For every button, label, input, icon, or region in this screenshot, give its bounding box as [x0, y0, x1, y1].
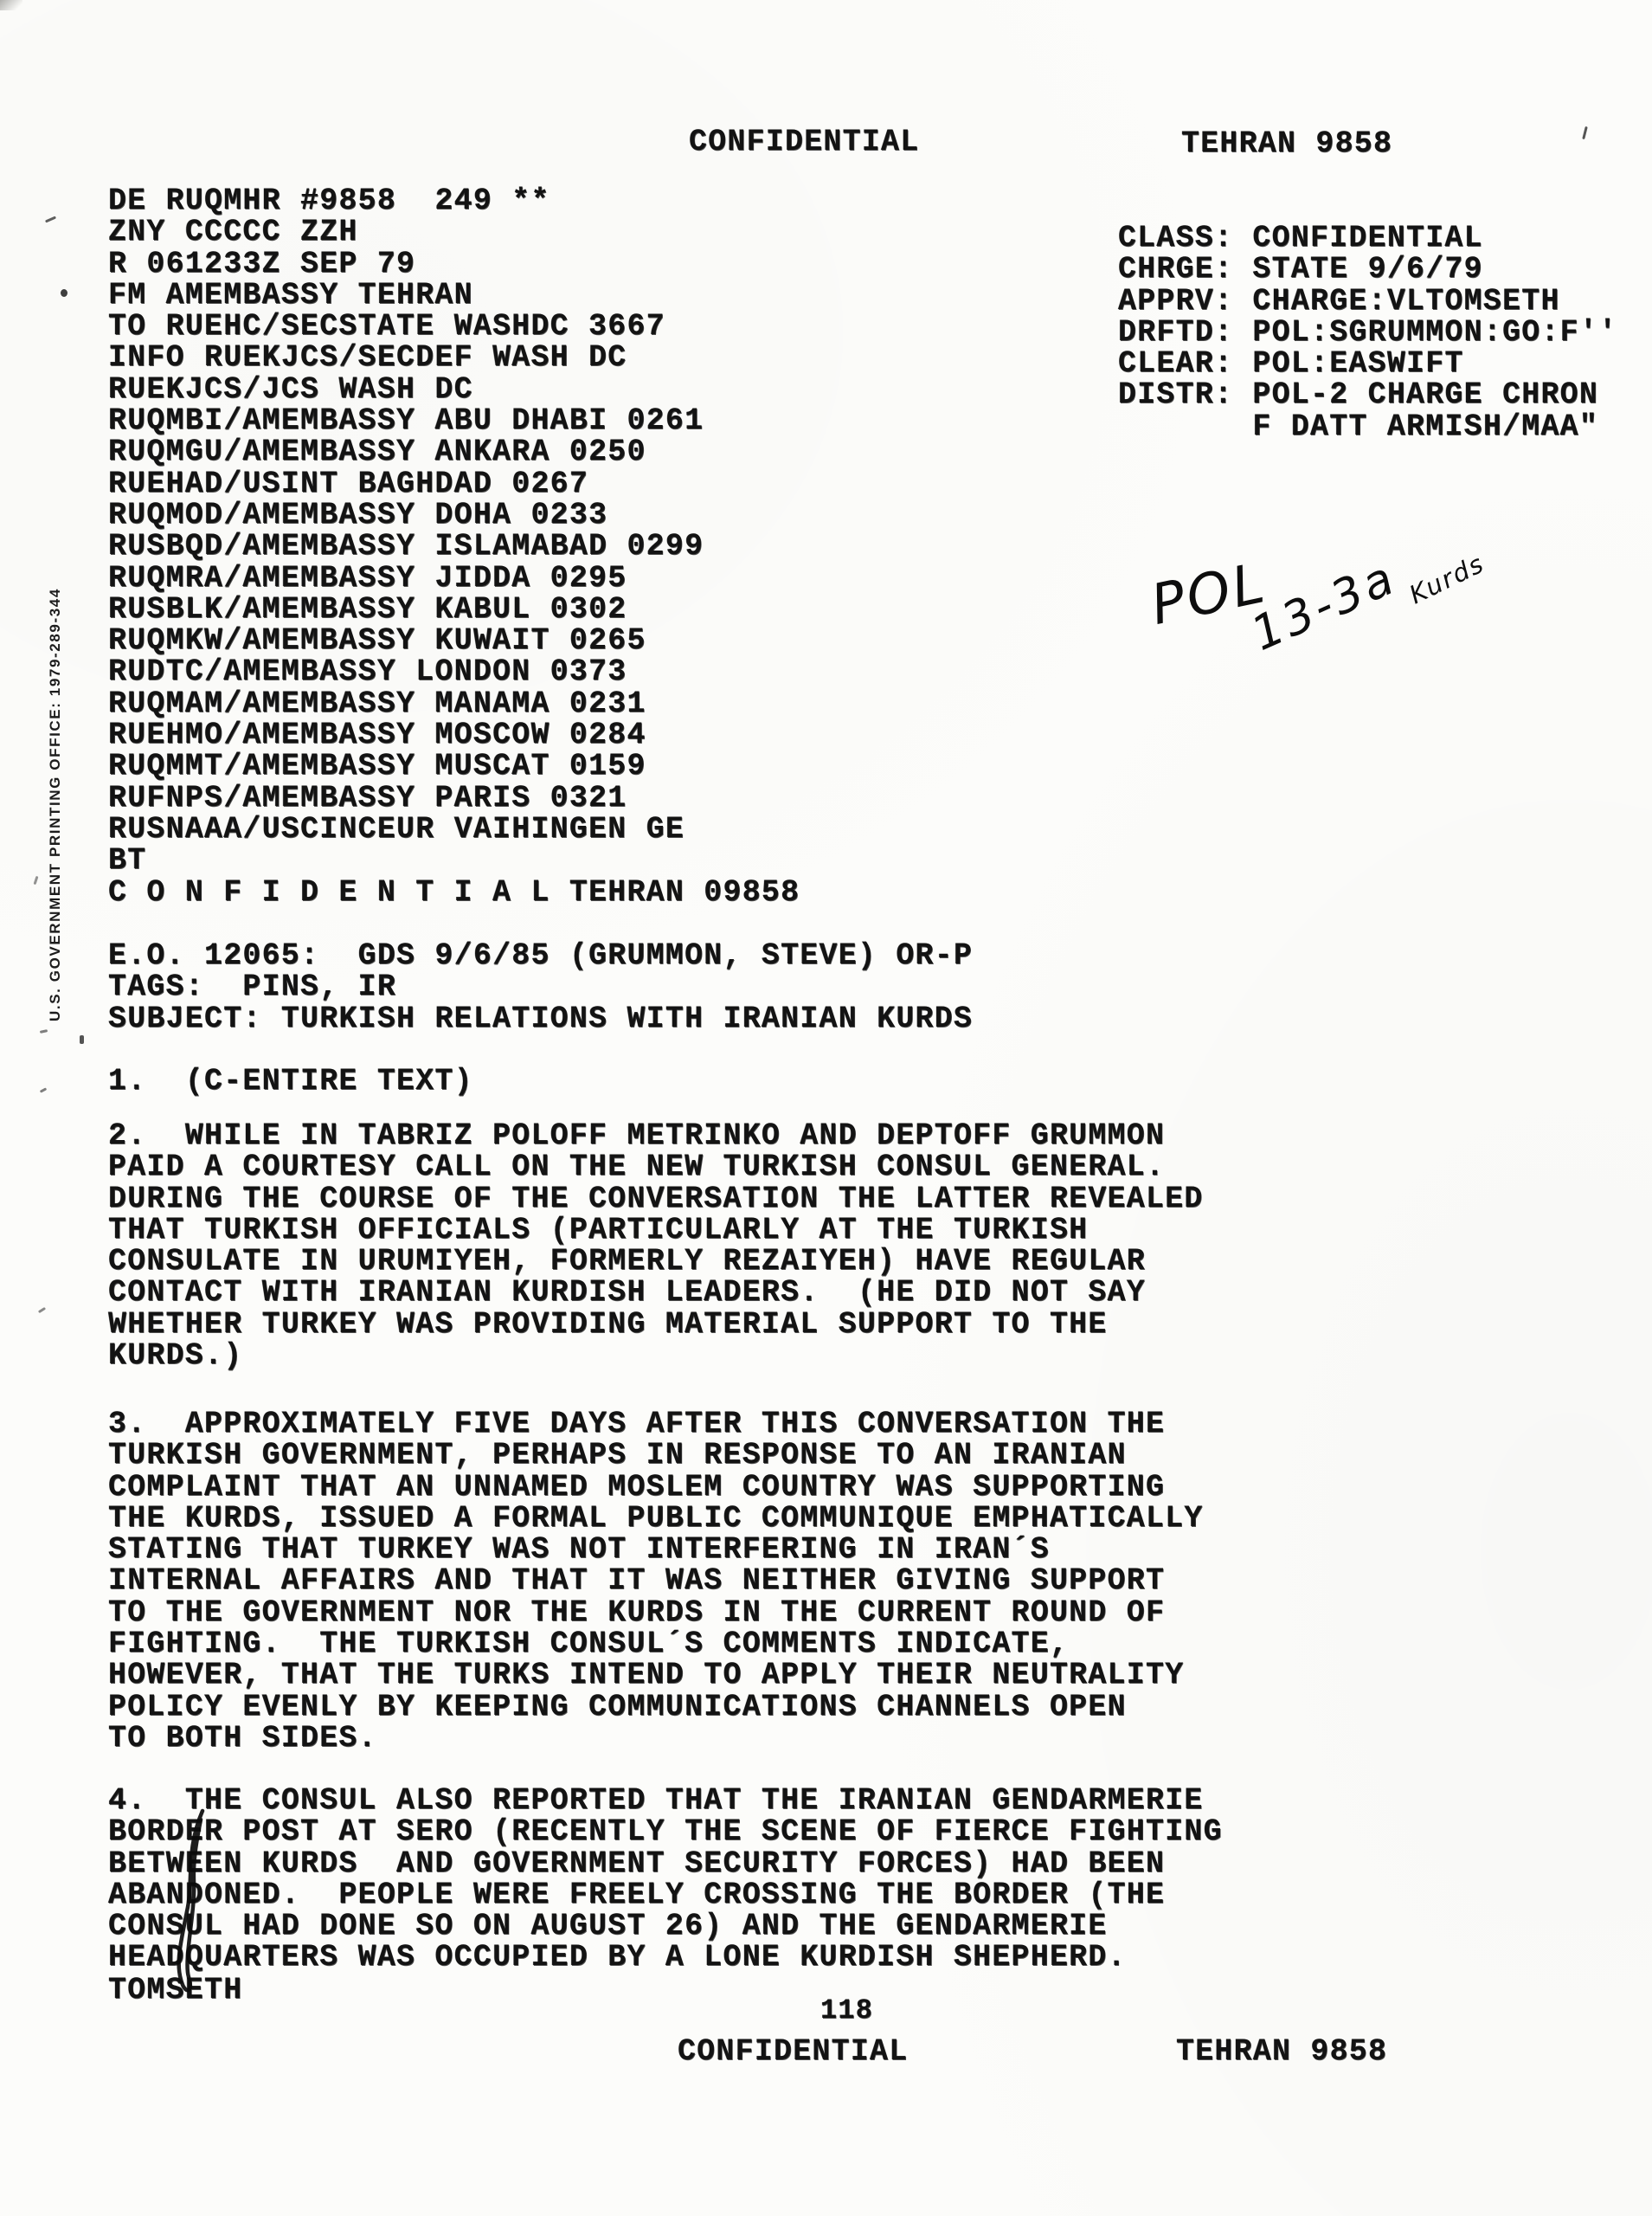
pen-stroke	[156, 1799, 234, 2015]
routing-block: DE RUQMHR #9858 249 ** ZNY CCCCC ZZH R 0…	[108, 185, 800, 908]
footer-cable-id: TEHRAN 9858	[1176, 2036, 1387, 2067]
footer-classification: CONFIDENTIAL	[678, 2036, 908, 2067]
page-number: 118	[820, 1995, 873, 2026]
scanned-cable-page: CONFIDENTIAL TEHRAN 9858 DE RUQMHR #9858…	[0, 0, 1652, 2216]
stray-mark	[80, 1035, 84, 1044]
header-classification: CONFIDENTIAL	[689, 126, 919, 158]
stray-mark	[45, 216, 56, 222]
scan-corner-smudge	[0, 0, 22, 10]
stray-mark	[1582, 126, 1588, 139]
handwritten-note-ref: 13-3a	[1244, 550, 1405, 661]
stray-mark	[34, 876, 39, 885]
stray-mark	[38, 1307, 46, 1313]
paragraph-2: 2. WHILE IN TABRIZ POLOFF METRINKO AND D…	[108, 1120, 1204, 1371]
admin-block: E.O. 12065: GDS 9/6/85 (GRUMMON, STEVE) …	[108, 940, 973, 1034]
stray-mark	[40, 1087, 47, 1092]
stray-mark	[61, 289, 67, 297]
paragraph-4: 4. THE CONSUL ALSO REPORTED THAT THE IRA…	[108, 1785, 1223, 1974]
header-cable-id: TEHRAN 9858	[1181, 128, 1392, 159]
paragraph-3: 3. APPROXIMATELY FIVE DAYS AFTER THIS CO…	[108, 1408, 1204, 1754]
stray-mark	[40, 1029, 48, 1034]
gpo-imprint: U.S. GOVERNMENT PRINTING OFFICE: 1979-28…	[47, 588, 64, 1021]
metadata-block: CLASS: CONFIDENTIAL CHRGE: STATE 9/6/79 …	[1118, 222, 1617, 442]
handwritten-note-kurds: Kurds	[1405, 549, 1489, 610]
paragraph-1: 1. (C-ENTIRE TEXT)	[108, 1066, 473, 1097]
